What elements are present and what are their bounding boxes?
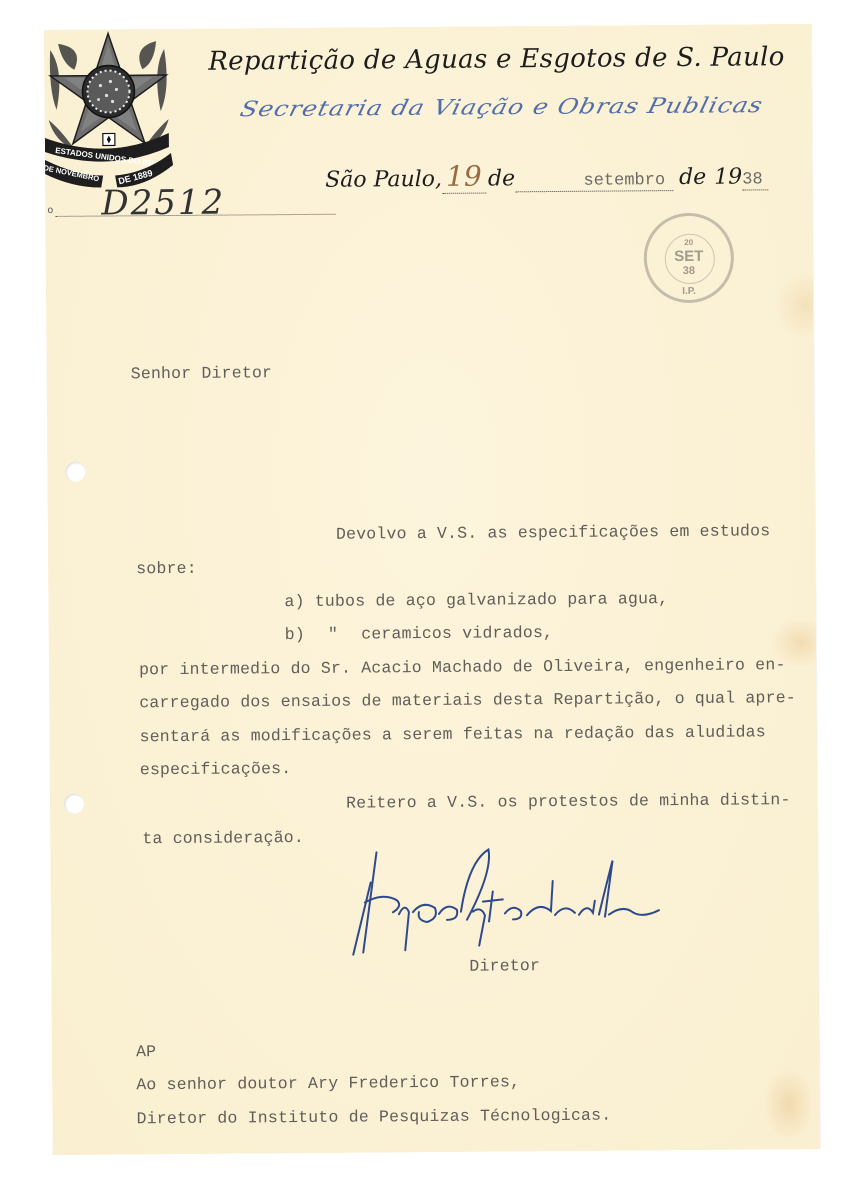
closing-line-2: ta consideração. [142, 828, 304, 848]
stamp-year: 38 [647, 265, 731, 278]
date-day: 19 [446, 160, 482, 193]
typist-initials: AP [136, 1042, 156, 1061]
letterhead-title: Repartição de Aguas e Esgotos de S. Paul… [208, 42, 785, 77]
list-item-a: a) tubos de aço galvanizado para agua, [284, 589, 668, 611]
punch-hole-top [65, 462, 85, 482]
date-month-field: setembro [515, 165, 673, 192]
date-de-2: de [679, 165, 706, 190]
list-item-b-ditto: " [315, 625, 351, 644]
date-de-1: de [488, 166, 515, 191]
paragraph-2-line-3: sentará as modificações a serem feitas n… [139, 722, 765, 746]
date-year-prefix: 19 [714, 165, 742, 190]
letter-page: ESTADOS UNIDOS DO BRAZIL DE NOVEMBRO DE … [44, 24, 820, 1155]
date-year-field: 38 [742, 164, 768, 190]
handwritten-signature [342, 840, 663, 963]
list-item-b: b) " ceramicos vidrados, [285, 623, 554, 644]
received-stamp: 20 SET 38 I.P. [643, 213, 734, 304]
stamp-day: 20 [647, 238, 731, 248]
paragraph-1-line-1: Devolvo a V.S. as especificações em estu… [336, 521, 771, 543]
protocol-mark: o [47, 206, 53, 217]
brazil-coat-of-arms-icon: ESTADOS UNIDOS DO BRAZIL DE NOVEMBRO DE … [44, 29, 173, 190]
protocol-number: D2512 [101, 183, 225, 224]
salutation: Senhor Diretor [131, 363, 273, 383]
stamp-month: SET [647, 248, 731, 266]
punch-hole-bottom [64, 794, 84, 814]
closing-line-1: Reitero a V.S. os protestos de minha dis… [346, 790, 791, 812]
protocol-field: o D2512 [47, 194, 335, 217]
date-year-suffix: 38 [742, 170, 763, 189]
date-month: setembro [583, 171, 665, 191]
list-item-b-marker: b) [285, 625, 305, 644]
paragraph-2-line-1: por intermedio do Sr. Acacio Machado de … [139, 655, 786, 679]
paragraph-2-line-4: especificações. [140, 759, 292, 779]
addressee-line-2: Diretor do Instituto de Pesquizas Técnol… [136, 1106, 611, 1129]
list-item-b-text: ceramicos vidrados, [361, 623, 553, 644]
date-city: São Paulo, [325, 167, 442, 193]
protocol-line: D2512 [55, 194, 335, 217]
signature-title: Diretor [469, 956, 540, 976]
addressee-line-1: Ao senhor doutor Ary Frederico Torres, [136, 1072, 520, 1094]
paragraph-2-line-2: carregado dos ensaios de materiais desta… [139, 688, 796, 712]
paragraph-1-line-2: sobre: [136, 559, 197, 578]
handwritten-annotation: Secretaria da Viação e Obras Publicas [238, 93, 766, 122]
date-day-field: 19 [442, 160, 486, 194]
stamp-bottom-text: I.P. [647, 286, 731, 298]
dateline: São Paulo, 19 de setembro de 19 38 [325, 157, 768, 194]
